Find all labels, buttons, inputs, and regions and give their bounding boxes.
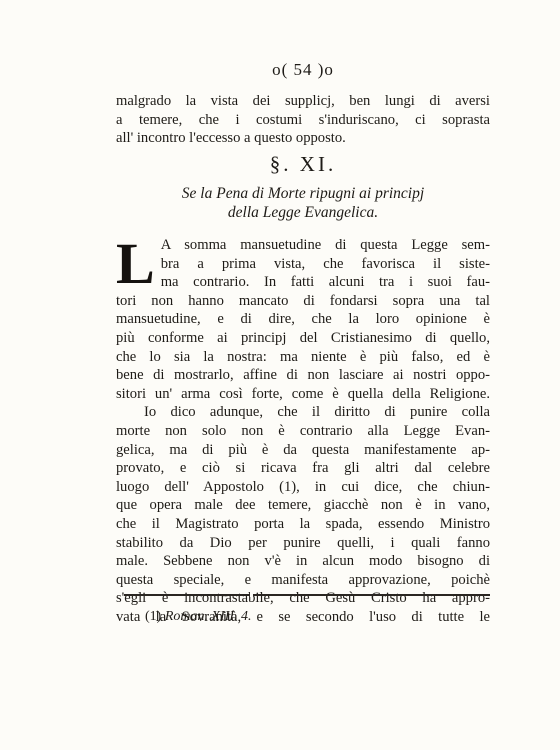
text-line: malgrado la vista dei supplicj, ben lung… — [116, 92, 490, 111]
text-line: che lo sia la nostra: ma niente è più fa… — [116, 348, 490, 367]
text-line: stabilito da Dio per punire quelli, i qu… — [116, 534, 490, 553]
text-line: tori non hanno mancato di fondarsi sopra… — [116, 292, 490, 311]
text-line: mansuetudine, e di dire, che la loro opi… — [116, 310, 490, 329]
footnote-separator-rule — [124, 594, 490, 596]
section-body: L A somma mansuetudine di questa Legge s… — [116, 236, 490, 626]
text-line: A somma mansuetudine di questa Legge sem… — [116, 236, 490, 255]
paragraph-2: Io dico adunque, che il diritto di punir… — [116, 403, 490, 626]
text-line: che il Magistrato porta la spada, essend… — [116, 515, 490, 534]
text-line: a temere, che i costumi s'induriscano, c… — [116, 111, 490, 130]
text-line: sitori un' arma così forte, come è quell… — [116, 385, 490, 404]
text-line: morte non solo non è contrario alla Legg… — [116, 422, 490, 441]
text-line: provato, e ciò si ricava fra gli altri d… — [116, 459, 490, 478]
text-line: luogo dell' Appostolo (1), in cui dice, … — [116, 478, 490, 497]
footnote-marker: (1) — [145, 609, 161, 624]
section-number: §. XI. — [116, 152, 490, 177]
rule-gap — [250, 592, 253, 597]
text-line: que opera male dee temere, giacchè non è… — [116, 496, 490, 515]
text-line: bra a prima vista, che favorisca il sist… — [116, 255, 490, 274]
section-title: Se la Pena di Morte ripugni ai principj … — [116, 184, 490, 222]
continued-paragraph: malgrado la vista dei supplicj, ben lung… — [116, 92, 490, 148]
running-head-page-number: o( 54 )o — [116, 60, 490, 80]
book-page: o( 54 )o malgrado la vista dei supplicj,… — [0, 0, 560, 750]
drop-cap-initial: L — [116, 240, 155, 290]
text-line-content: Io dico adunque, che il diritto di punir… — [144, 404, 490, 420]
text-line: male. Sebbene non v'è in alcun modo biso… — [116, 552, 490, 571]
footnote-citation: Roman. XIII. 4. — [165, 609, 252, 624]
section-title-line: Se la Pena di Morte ripugni ai principj — [116, 184, 490, 203]
footnote: (1) Roman. XIII. 4. — [145, 609, 252, 625]
text-line: s'egli è incontrastabile, che Gesù Crist… — [116, 589, 490, 608]
text-line: gelica, ma di più è da questa manifestam… — [116, 441, 490, 460]
text-line: bene di mostrarlo, affine di non lasciar… — [116, 366, 490, 385]
text-line: più conforme ai principj del Cristianesi… — [116, 329, 490, 348]
section-title-line: della Legge Evangelica. — [116, 203, 490, 222]
text-line-indented: Io dico adunque, che il diritto di punir… — [116, 403, 490, 422]
text-line: questa speciale, e manifesta approvazion… — [116, 571, 490, 590]
text-line: all' incontro l'eccesso a questo opposto… — [116, 129, 490, 148]
text-line: ma contrario. In fatti alcuni tra i suoi… — [116, 273, 490, 292]
paragraph-1: L A somma mansuetudine di questa Legge s… — [116, 236, 490, 403]
